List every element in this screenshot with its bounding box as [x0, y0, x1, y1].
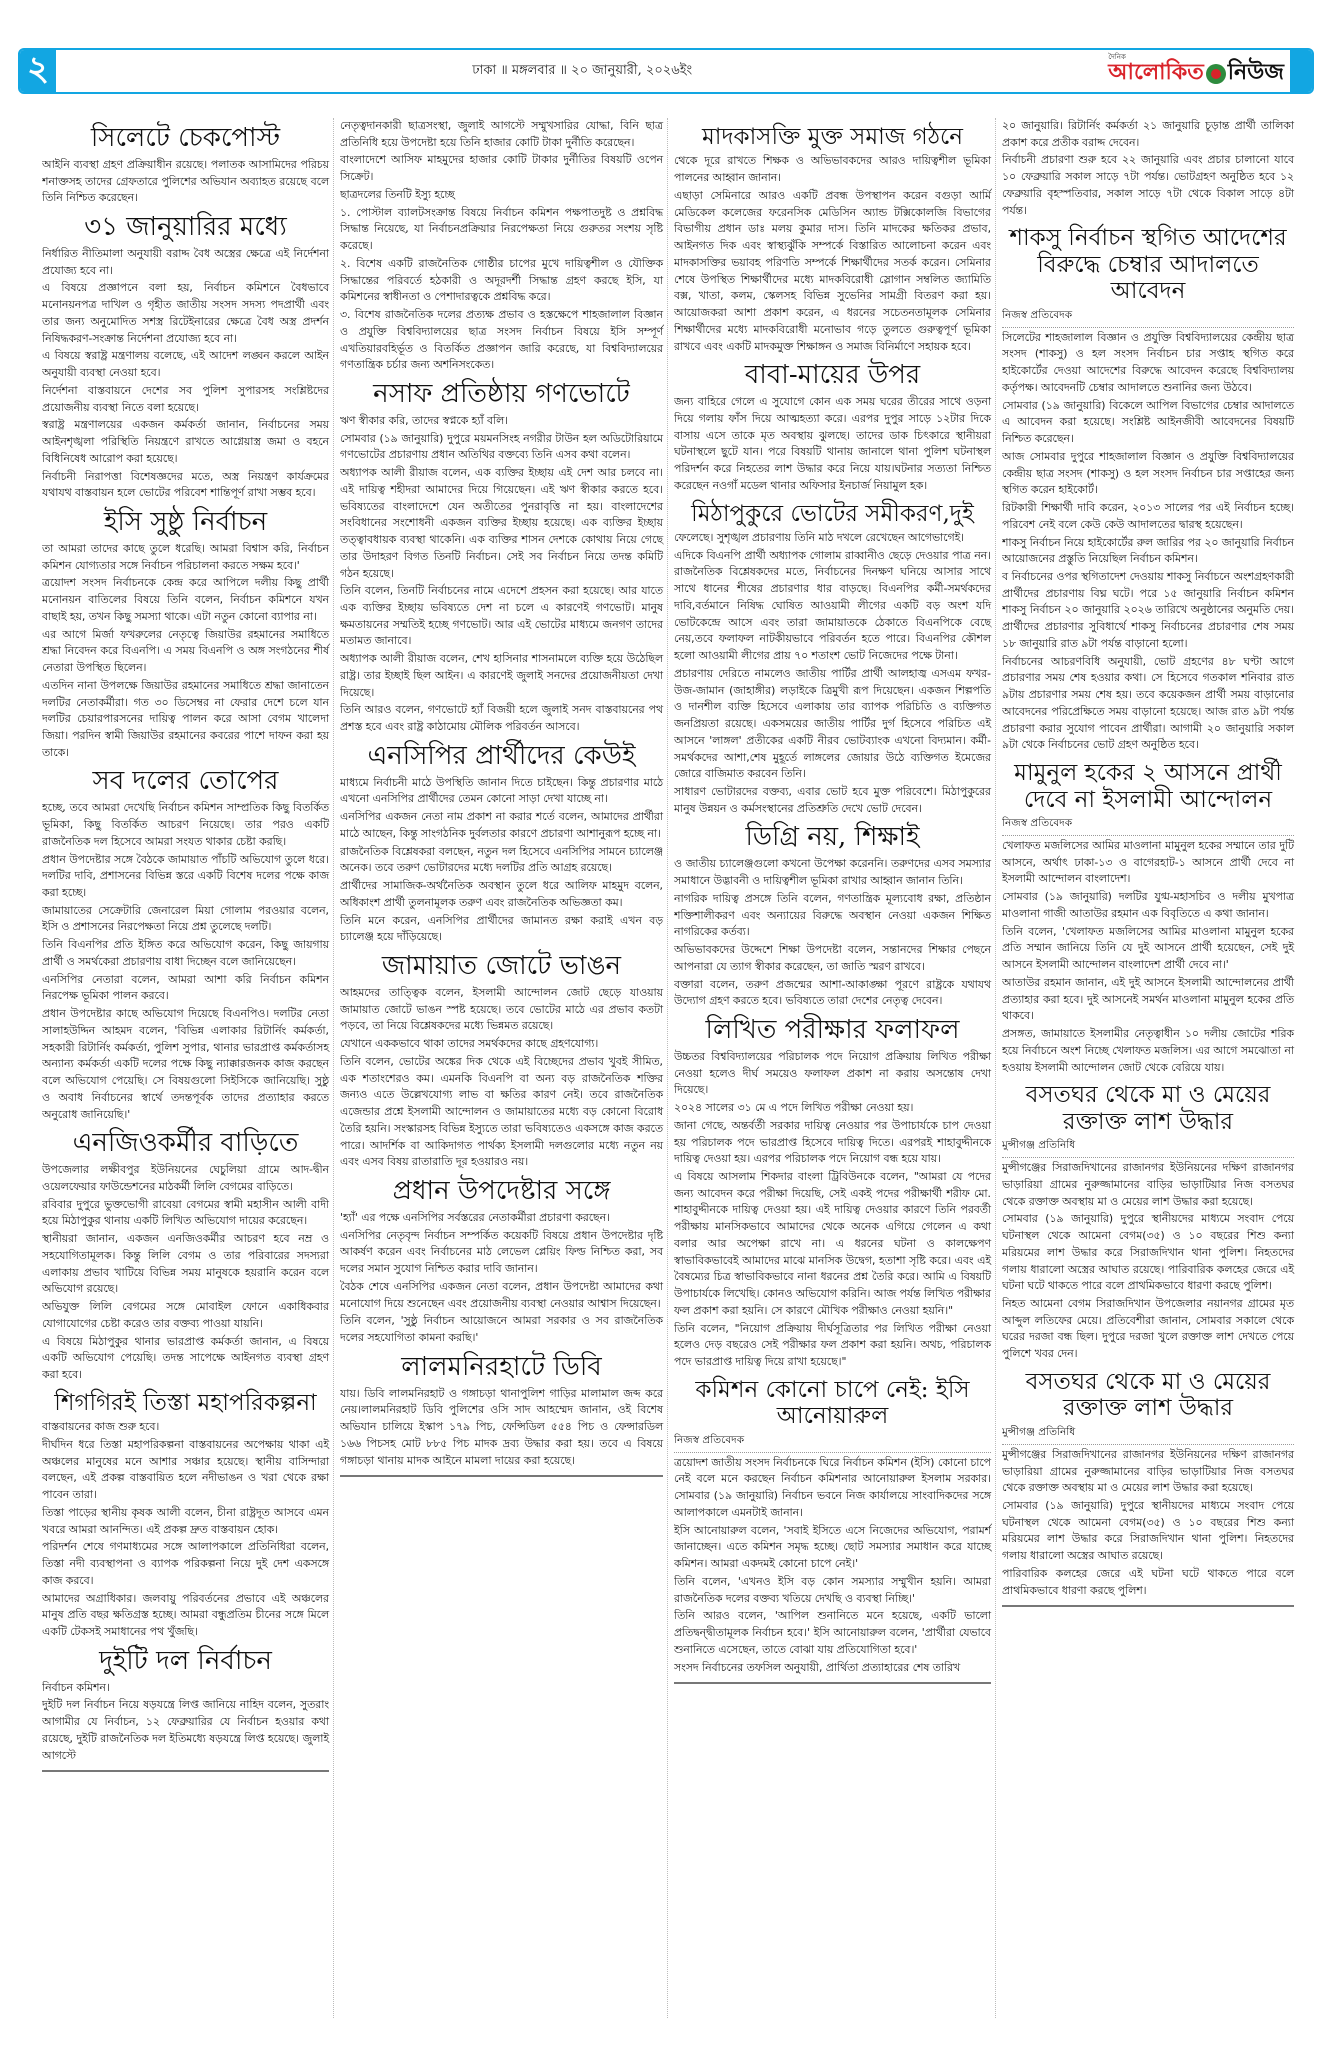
article-paragraph: তিনি বলেন, 'খেলাফত মজলিসের আমির মাওলানা …: [1002, 924, 1294, 974]
article-headline: এনজিওকর্মীর বাড়িতে: [42, 1129, 329, 1159]
article-paragraph: সোমবার (১৯ জানুয়ারি) দুপুরে স্থানীয়দের…: [1002, 1498, 1294, 1565]
column-1: সিলেটে চেকপোস্টআইনি ব্যবস্থা গ্রহণ প্রক্…: [42, 118, 334, 2018]
article-paragraph: নির্বাচনী নিরাপত্তা বিশেষজ্ঞদের মতে, অস্…: [42, 469, 329, 502]
article-paragraph: আজ সোমবার দুপুরে শাহজালাল বিজ্ঞান ও প্রয…: [1002, 449, 1294, 499]
news-article: মাদকাসক্তি মুক্ত সমাজ গঠনেথেকে দূরে রাখত…: [674, 124, 991, 355]
article-paragraph: উপজেলার লক্ষীবপুর ইউনিয়নের ঘেচুলিয়া গ্…: [42, 1162, 329, 1195]
article-paragraph: হচ্ছে, তবে আমরা দেখেছি নির্বাচন কমিশন সা…: [42, 800, 329, 850]
article-headline: মাদকাসক্তি মুক্ত সমাজ গঠনে: [674, 124, 991, 150]
article-headline: মিঠাপুকুরে ভোটের সমীকরণ,দুই: [674, 501, 991, 527]
article-headline: বসতঘর থেকে মা ও মেয়ের রক্তাক্ত লাশ উদ্ধ…: [1002, 1082, 1294, 1135]
article-paragraph: সোমবার (১৯ জানুয়ারি) দুপুরে ময়মনসিংহ ন…: [340, 431, 663, 464]
article-paragraph: এনসিপির নেতৃবৃন্দ নির্বাচন সম্পর্কিত কয়…: [340, 1228, 663, 1278]
masthead-accent-tab: [1290, 50, 1312, 92]
article-paragraph: প্রচারণায় দেরিতে নামলেও জাতীয় পার্টির …: [674, 666, 991, 783]
article-paragraph: ছাত্রদলের তিনটি ইস্যু হচ্ছে: [340, 187, 663, 204]
article-paragraph: দীর্ঘদিন ধরে তিস্তা মহাপরিকল্পনা বাস্তবা…: [42, 1437, 329, 1504]
article-paragraph: দুইটি দল নির্বাচন নিয়ে ষড়যন্ত্রে লিপ্ত…: [42, 1697, 329, 1764]
article-paragraph: নেতৃত্বদানকারী ছাত্রসংস্থা, জুলাই আগস্টে…: [340, 118, 663, 151]
news-article: শিগগিরই তিস্তা মহাপরিকল্পনাবাস্তবায়নের …: [42, 1390, 329, 1641]
article-paragraph: উচ্চতর বিশ্ববিদ্যালয়ের পরিচালক পদে নিয়…: [674, 1049, 991, 1099]
article-paragraph: বক্তারা বলেন, তরুণ প্রজন্মের আশা-আকাঙ্ক্…: [674, 977, 991, 1010]
news-article: বসতঘর থেকে মা ও মেয়ের রক্তাক্ত লাশ উদ্ধ…: [1002, 1082, 1294, 1363]
article-paragraph: 'হ্যাঁ' এর পক্ষে এনসিপির সর্বস্তরের নেতা…: [340, 1210, 663, 1227]
article-headline: সব দলের তোপের: [42, 767, 329, 797]
article-headline: মামুনুল হকের ২ আসনে প্রার্থী দেবে না ইসল…: [1002, 760, 1294, 813]
news-article: বসতঘর থেকে মা ও মেয়ের রক্তাক্ত লাশ উদ্ধ…: [1002, 1369, 1294, 1599]
article-paragraph: নির্বাচন কমিশন।: [42, 1680, 329, 1697]
logo-news-text: নিউজ: [1228, 55, 1284, 92]
article-headline: শিগগিরই তিস্তা মহাপরিকল্পনা: [42, 1390, 329, 1416]
article-paragraph: অধ্যাপক আলী রীয়াজ বলেন, এক ব্যক্তির ইচ্…: [340, 465, 663, 582]
article-paragraph: থেকে দূরে রাখতে শিক্ষক ও অভিভাবকদের আরও …: [674, 153, 991, 186]
news-article: দুইটি দল নির্বাচননির্বাচন কমিশন।দুইটি দল…: [42, 1647, 329, 1765]
article-paragraph: নির্দেশনা বাস্তবায়নে দেশের সব পুলিশ সুপ…: [42, 383, 329, 416]
column-4: ২০ জানুয়ারি। রিটার্নিং কর্মকর্তা ২১ জান…: [1002, 118, 1298, 2018]
article-paragraph: এ বিষয়ে স্বরাষ্ট্র মন্ত্রণালয় বলেছে, এ…: [42, 348, 329, 381]
article-paragraph: জামায়াতের সেক্রেটারি জেনারেল মিয়া গোলা…: [42, 903, 329, 936]
article-headline: প্রধান উপদেষ্টার সঙ্গে: [340, 1177, 663, 1207]
article-paragraph: জানা গেছে, অন্তর্বর্তী সরকার দায়িত্ব নে…: [674, 1118, 991, 1168]
article-paragraph: ও জাতীয় চ্যালেঞ্জগুলো কখনো উপেক্ষা করেন…: [674, 856, 991, 889]
article-paragraph: এনসিপির নেতারা বলেন, আমরা আশা করি নির্বা…: [42, 972, 329, 1005]
article-paragraph: খেলাফত মজলিসের আমির মাওলানা মামুনুল হকের…: [1002, 838, 1294, 888]
article-paragraph: অভিযুক্ত লিলি বেগমের সঙ্গে মোবাইল ফোনে এ…: [42, 1299, 329, 1332]
article-paragraph: তিস্তা পাড়ের স্থানীয় কৃষক আলী বলেন, চী…: [42, 1505, 329, 1538]
article-paragraph: যায়। ডিবি লালমনিরহাট ও গঙ্গাচড়া থানাপু…: [340, 1386, 663, 1470]
article-paragraph: এ বিষয়ে মিঠাপুকুর থানার ভারপ্রাপ্ত কর্ম…: [42, 1334, 329, 1384]
article-paragraph: তিনি বলেন, "নিয়োগ প্রক্রিয়ায় দীর্ঘসূত…: [674, 1321, 991, 1371]
article-paragraph: স্থানীয়রা জানান, একজন এনজিওকর্মীর আচরণ …: [42, 1231, 329, 1298]
article-headline: ডিগ্রি নয়, শিক্ষাই: [674, 823, 991, 853]
article-headline: লিখিত পরীক্ষার ফলাফল: [674, 1016, 991, 1046]
article-paragraph: অধ্যাপক আলী রীয়াজ বলেন, শেখ হাসিনার শাস…: [340, 651, 663, 701]
article-paragraph: তা আমরা তাদের কাছে তুলে ধরেছি। আমরা বিশ্…: [42, 541, 329, 574]
news-article: ২০ জানুয়ারি। রিটার্নিং কর্মকর্তা ২১ জান…: [1002, 118, 1294, 219]
article-headline: বাবা-মায়ের উপর: [674, 361, 991, 391]
newspaper-logo: দৈনিক আলোকিত নিউজ: [1108, 50, 1290, 92]
news-article: সিলেটে চেকপোস্টআইনি ব্যবস্থা গ্রহণ প্রক্…: [42, 124, 329, 207]
article-paragraph: ৩. বিশেষ রাজনৈতিক দলের প্রত্যক্ষ প্রভাব …: [340, 307, 663, 374]
article-headline: দুইটি দল নির্বাচন: [42, 1647, 329, 1677]
article-paragraph: প্রধান উপদেষ্টার সঙ্গে বৈঠকে জামায়াত পা…: [42, 852, 329, 902]
article-paragraph: রবিবার দুপুরে ভুক্তভোগী রাবেয়া বেগমের স…: [42, 1197, 329, 1230]
article-paragraph: সিলেটের শাহজালাল বিজ্ঞান ও প্রযুক্তি বিশ…: [1002, 330, 1294, 397]
article-paragraph: মাধ্যমে নির্বাচনী মাঠে উপস্থিতি জানান দি…: [340, 775, 663, 808]
dateline: ঢাকা ॥ মঙ্গলবার ॥ ২০ জানুয়ারী, ২০২৬ইং: [56, 61, 1108, 82]
article-headline: কমিশন কোনো চাপে নেই: ইসি আনোয়ারুল: [674, 1377, 991, 1430]
article-byline: মুন্সীগঞ্জ প্রতিনিধি: [1002, 1138, 1294, 1158]
news-article: লালমনিরহাটে ডিবিযায়। ডিবি লালমনিরহাট ও …: [340, 1353, 663, 1470]
article-paragraph: রিটকারী শিক্ষার্থী দাবি করেন, ২০১৩ সালের…: [1002, 500, 1294, 533]
article-paragraph: যেখানে এককভাবে থাকা তাদের সমর্থকদের কাছে…: [340, 1036, 663, 1053]
article-paragraph: তিনি মনে করেন, এনসিপির প্রার্থীদের জামান…: [340, 913, 663, 946]
article-headline: সিলেটে চেকপোস্ট: [42, 124, 329, 154]
article-byline: মুন্সীগঞ্জ প্রতিনিধি: [1002, 1425, 1294, 1445]
page-number: ২: [20, 50, 56, 92]
article-headline: লালমনিরহাটে ডিবি: [340, 1353, 663, 1383]
article-paragraph: এ বিষয়ে আসলাম শিকদার বাংলা ট্রিবিউনকে ব…: [674, 1169, 991, 1320]
news-article: নেতৃত্বদানকারী ছাত্রসংস্থা, জুলাই আগস্টে…: [340, 118, 663, 374]
article-paragraph: এর আগে মির্জা ফখরুলের নেতৃত্বে জিয়াউর র…: [42, 627, 329, 677]
article-paragraph: ব নির্বাচনের ওপর স্থগিতাদেশ দেওয়ায় শাক…: [1002, 569, 1294, 653]
article-paragraph: নির্বাচনের আচরণবিধি অনুযায়ী, ভোট গ্রহণে…: [1002, 654, 1294, 754]
column-end-divider: [340, 1475, 663, 1477]
article-headline: বসতঘর থেকে মা ও মেয়ের রক্তাক্ত লাশ উদ্ধ…: [1002, 1369, 1294, 1422]
article-paragraph: এনসিপির একজন নেতা নাম প্রকাশ না করার শর্…: [340, 809, 663, 842]
article-paragraph: আহমদের তাত্ত্বিক বলেন, ইসলামী আন্দোলন জো…: [340, 985, 663, 1035]
news-article: এনসিপির প্রার্থীদের কেউইমাধ্যমে নির্বাচন…: [340, 742, 663, 946]
news-article: ডিগ্রি নয়, শিক্ষাইও জাতীয় চ্যালেঞ্জগুল…: [674, 823, 991, 1010]
article-paragraph: তিনি বলেন, ভোটের অঙ্কের দিক থেকে এই বিচ্…: [340, 1054, 663, 1171]
article-paragraph: আইনি ব্যবস্থা গ্রহণ প্রক্রিয়াধীন রয়েছে…: [42, 157, 329, 207]
logo-daily-label: দৈনিক: [1108, 51, 1126, 63]
article-paragraph: প্রধান উপদেষ্টার কাছে অভিযোগ দিয়েছে বিএ…: [42, 1006, 329, 1123]
article-paragraph: ১. পোস্টাল ব্যালটসংক্রান্ত বিষয়ে নির্বা…: [340, 205, 663, 255]
article-headline: শাকসু নির্বাচন স্থগিত আদেশের বিরুদ্ধে চে…: [1002, 225, 1294, 304]
article-paragraph: নির্বাচনী প্রচারণা শুরু হবে ২২ জানুয়ারি…: [1002, 152, 1294, 219]
article-paragraph: তিনি বিএনপির প্রতি ইঙ্গিত করে অভিযোগ করে…: [42, 937, 329, 970]
article-paragraph: ২০ জানুয়ারি। রিটার্নিং কর্মকর্তা ২১ জান…: [1002, 118, 1294, 151]
column-3: মাদকাসক্তি মুক্ত সমাজ গঠনেথেকে দূরে রাখত…: [674, 118, 996, 2018]
article-paragraph: মুন্সীগঞ্জের সিরাজদিখানের রাজানগর ইউনিয়…: [1002, 1447, 1294, 1497]
article-byline: নিজস্ব প্রতিবেদক: [1002, 308, 1294, 328]
article-paragraph: এতদিন নানা উপলক্ষে জিয়াউর রহমানের সমাধি…: [42, 678, 329, 762]
article-paragraph: অভিভাবকদের উদ্দেশে শিক্ষা উপদেষ্টা বলেন,…: [674, 942, 991, 975]
column-end-divider: [42, 1770, 329, 1772]
article-paragraph: সোমবার (১৯ জানুয়ারি) দুপুরে স্থানীয়দের…: [1002, 1211, 1294, 1295]
article-byline: নিজস্ব প্রতিবেদক: [1002, 816, 1294, 836]
news-article: মামুনুল হকের ২ আসনে প্রার্থী দেবে না ইসল…: [1002, 760, 1294, 1076]
article-byline: নিজস্ব প্রতিবেদক: [674, 1433, 991, 1453]
article-paragraph: বৈঠক শেষে এনসিপির একজন নেতা বলেন, প্রধান…: [340, 1279, 663, 1312]
article-paragraph: তিনি আরও বলেন, 'আপিল শুনানিতে মনে হয়েছে…: [674, 1608, 991, 1658]
news-article: ইসি সুষ্ঠু নির্বাচনতা আমরা তাদের কাছে তু…: [42, 508, 329, 761]
article-headline: নসাফ প্রতিষ্ঠায় গণভোটে: [340, 380, 663, 410]
article-paragraph: পারিবারিক কলহের জেরে এই ঘটনা ঘটে থাকতে প…: [1002, 1566, 1294, 1599]
article-paragraph: আমাদের অগ্রাধিকার। জলবায়ু পরিবর্তনের প্…: [42, 1591, 329, 1641]
logo-emblem-icon: [1206, 64, 1226, 84]
article-paragraph: সাধারণ ভোটারদের বক্তব্য, এবার ভোট হবে মু…: [674, 784, 991, 817]
news-article: বাবা-মায়ের উপরজন্য বাহিরে গেলে এ সুযোগে…: [674, 361, 991, 494]
article-paragraph: বাংলাদেশে আসিফ মাহমুদের হাজার কোটি টাকার…: [340, 152, 663, 185]
column-end-divider: [674, 1682, 991, 1684]
article-paragraph: নির্ধারিত নীতিমালা অনুযায়ী বরাদ্দ বৈধ অ…: [42, 246, 329, 279]
article-headline: এনসিপির প্রার্থীদের কেউই: [340, 742, 663, 772]
article-paragraph: এ বিষয়ে প্রজ্ঞাপনে বলা হয়, নির্বাচন কম…: [42, 280, 329, 347]
article-paragraph: ঋণ স্বীকার করি, তাদের স্বপ্নকে হ্যাঁ বলি…: [340, 413, 663, 430]
article-paragraph: জন্য বাহিরে গেলে এ সুযোগে কোন এক সময় ঘর…: [674, 394, 991, 494]
article-paragraph: তিনি বলেন, 'সুষ্ঠু নির্বাচন আয়োজনে আমরা…: [340, 1313, 663, 1346]
news-article: মিঠাপুকুরে ভোটের সমীকরণ,দুইফেলেছে। সুশৃঙ…: [674, 501, 991, 818]
news-article: শাকসু নির্বাচন স্থগিত আদেশের বিরুদ্ধে চে…: [1002, 225, 1294, 754]
article-paragraph: নিহত আমেনা বেগম সিরাজদিখান উপজেলার নয়ান…: [1002, 1296, 1294, 1363]
article-paragraph: ত্রয়োদশ জাতীয় সংসদ নির্বাচনকে ঘিরে নির…: [674, 1455, 991, 1522]
article-paragraph: তিনি বলেন, 'এখনও ইসি বড় কোন সমস্যার সম্…: [674, 1574, 991, 1607]
article-paragraph: এদিকে বিএনপি প্রার্থী অধ্যাপক গোলাম রাব্…: [674, 548, 991, 665]
article-paragraph: এছাড়া সেমিনারে আরও একটি প্রবন্ধ উপস্থাপ…: [674, 188, 991, 355]
news-article: প্রধান উপদেষ্টার সঙ্গে'হ্যাঁ' এর পক্ষে এ…: [340, 1177, 663, 1347]
article-paragraph: সোমবার (১৯ জানুয়ারি) দলটির যুগ্ম-মহাসচি…: [1002, 889, 1294, 922]
article-paragraph: স্বরাষ্ট্র মন্ত্রণালয়ের একজন কর্মকর্তা …: [42, 417, 329, 467]
article-paragraph: ফেলেছে। সুশৃঙ্খল প্রচারণায় তিনি মাঠ দখল…: [674, 530, 991, 547]
article-paragraph: পরিদর্শন শেষে গণমাধ্যমের সঙ্গে আলাপকালে …: [42, 1539, 329, 1589]
article-paragraph: সংসদ নির্বাচনের তফসিল অনুযায়ী, প্রার্থি…: [674, 1660, 991, 1677]
column-2: নেতৃত্বদানকারী ছাত্রসংস্থা, জুলাই আগস্টে…: [340, 118, 668, 2018]
news-article: নসাফ প্রতিষ্ঠায় গণভোটেঋণ স্বীকার করি, ত…: [340, 380, 663, 736]
article-paragraph: তিনি বলেন, তিনটি নির্বাচনের নামে এদেশে প…: [340, 583, 663, 650]
news-article: লিখিত পরীক্ষার ফলাফলউচ্চতর বিশ্ববিদ্যালয…: [674, 1016, 991, 1371]
page-columns: সিলেটে চেকপোস্টআইনি ব্যবস্থা গ্রহণ প্রক্…: [42, 118, 1297, 2018]
article-paragraph: প্রার্থীদের সামাজিক-অর্থনৈতিক অবস্থান তু…: [340, 878, 663, 911]
article-paragraph: রাজনৈতিক বিশ্লেষকরা বলছেন, নতুন দল হিসেব…: [340, 844, 663, 877]
article-paragraph: সোমবার (১৯ জানুয়ারি) বিকেলে আপিল বিভাগে…: [1002, 398, 1294, 448]
article-paragraph: প্রসঙ্গত, জামায়াতে ইসলামীর নেতৃত্বাধীন …: [1002, 1026, 1294, 1076]
article-headline: জামায়াত জোটে ভাঙন: [340, 952, 663, 982]
news-article: জামায়াত জোটে ভাঙনআহমদের তাত্ত্বিক বলেন,…: [340, 952, 663, 1171]
column-end-divider: [1002, 1605, 1294, 1607]
article-paragraph: শাকসু নির্বাচন নিয়ে হাইকোর্টের রুল জারি…: [1002, 535, 1294, 568]
article-paragraph: আতাউর রহমান জানান, এই দুই আসনে ইসলামী আন…: [1002, 975, 1294, 1025]
article-paragraph: বাস্তবায়নের কাজ শুরু হবে।: [42, 1419, 329, 1436]
news-article: কমিশন কোনো চাপে নেই: ইসি আনোয়ারুলনিজস্ব…: [674, 1377, 991, 1676]
article-paragraph: ইসি আনোয়ারুল বলেন, 'সবাই ইসিতে এসে নিজে…: [674, 1523, 991, 1573]
article-paragraph: মুন্সীগঞ্জের সিরাজদিখানের রাজানগর ইউনিয়…: [1002, 1160, 1294, 1210]
article-headline: ইসি সুষ্ঠু নির্বাচন: [42, 508, 329, 538]
article-paragraph: তিনি আরও বলেন, গণভোটে হ্যাঁ বিজয়ী হলে জ…: [340, 702, 663, 735]
news-article: এনজিওকর্মীর বাড়িতেউপজেলার লক্ষীবপুর ইউন…: [42, 1129, 329, 1383]
article-paragraph: ত্রয়োদশ সংসদ নির্বাচনকে কেন্দ্র করে আপি…: [42, 575, 329, 625]
news-article: ৩১ জানুয়ারির মধ্যেনির্ধারিত নীতিমালা অন…: [42, 213, 329, 502]
article-paragraph: ২. বিশেষ একটি রাজনৈতিক গোষ্ঠীর চাপের মুখ…: [340, 256, 663, 306]
article-paragraph: ২০২৪ সালের ৩১ মে এ পদে লিখিত পরীক্ষা নেও…: [674, 1100, 991, 1117]
news-article: সব দলের তোপেরহচ্ছে, তবে আমরা দেখেছি নির্…: [42, 767, 329, 1123]
article-headline: ৩১ জানুয়ারির মধ্যে: [42, 213, 329, 243]
article-paragraph: নাগরিক দায়িত্ব প্রসঙ্গে তিনি বলেন, গণতা…: [674, 891, 991, 941]
page-masthead: ২ ঢাকা ॥ মঙ্গলবার ॥ ২০ জানুয়ারী, ২০২৬ইং…: [18, 48, 1314, 94]
